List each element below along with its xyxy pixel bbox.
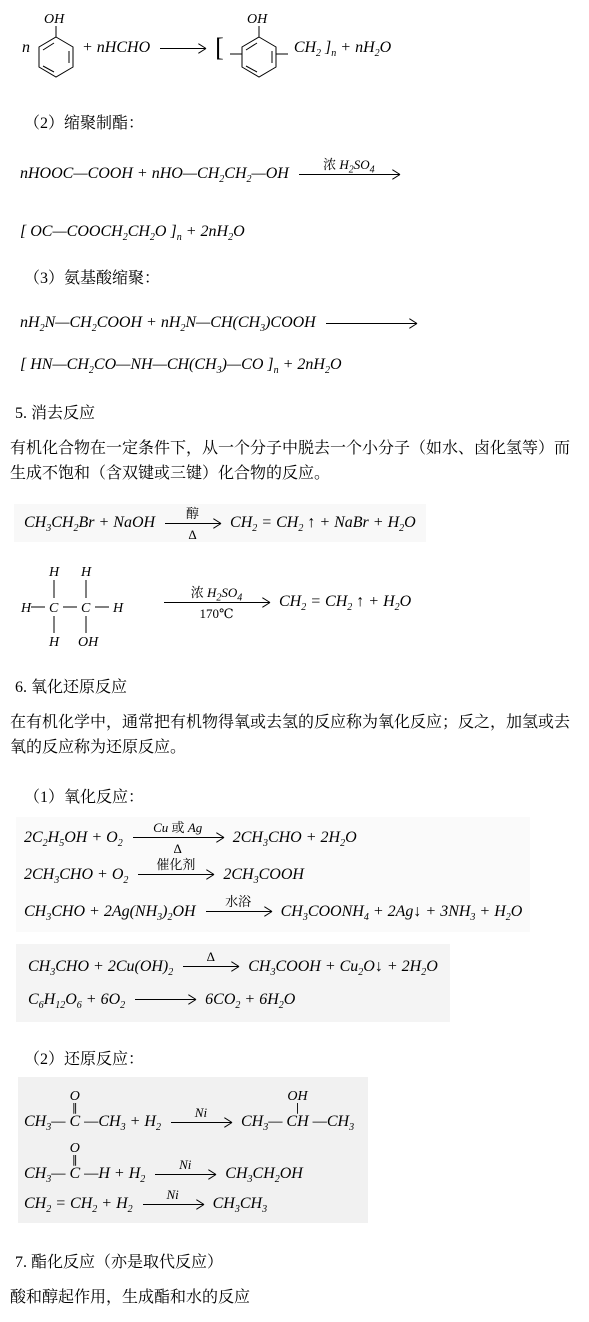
arrow-shaft: [206, 911, 271, 912]
equation-ethanol-dehydration: H C C H H H H OH 浓 H2SO4 170℃ CH2 = CH2 …: [18, 556, 581, 648]
arrow-label-alcohol: 醇: [186, 503, 199, 522]
reactant-nhcho: + nHCHO: [82, 39, 150, 57]
arrow-label-nickel: Ni: [195, 1105, 207, 1121]
equation-lhs: 2CH3CHO + O2: [24, 866, 128, 884]
arrow-label-nickel: Ni: [179, 1157, 191, 1173]
single-bond: |: [287, 1103, 307, 1113]
heading-elimination-reaction: 5. 消去反应: [15, 400, 581, 423]
equation-fragment: —H + H2: [84, 1165, 145, 1183]
equation-ethylene-hydrogenation: CH2 = CH2 + H2 Ni CH3CH3: [24, 1183, 354, 1213]
paragraph-redox-definition: 在有机化学中，通常把有机物得氧或去氢的反应称为氧化反应；反之，加氢或去氧的反应称…: [10, 710, 579, 760]
equation-diacid-diol: nHOOC—COOH + nHO—CH2CH2—OH 浓 H2SO4: [20, 153, 581, 195]
arrow-label-catalyst: 催化剂: [156, 854, 195, 873]
carbonyl-group: C O ‖: [69, 1165, 80, 1183]
arrow-label-condition: 浓 H2SO4: [191, 582, 243, 601]
equation-line: [ HN—CH2CO—NH—CH(CH3)—CO ]n + 2nH2O: [20, 356, 342, 374]
carbonyl-group: C O ‖: [69, 1113, 80, 1131]
document-page: n OH + nHCHO [ OH CH2 ]n + nH2O （2）缩聚制酯：…: [0, 0, 589, 1322]
carbon-label: C: [81, 601, 91, 616]
equation-rhs: 2CH3CHO + 2H2O: [233, 829, 357, 847]
equation-copper-hydroxide: CH3CHO + 2Cu(OH)2 Δ CH3COOH + Cu2O↓ + 2H…: [28, 950, 438, 983]
reaction-arrow: [326, 323, 416, 324]
arrow-shaft: [155, 1174, 215, 1175]
carbon-label: C: [69, 1113, 80, 1130]
hydroxyl-above: OH |: [287, 1091, 307, 1113]
equation-lhs: nHOOC—COOH + nHO—CH2CH2—OH: [20, 165, 289, 183]
hydroxyl-carbon-group: CH OH |: [286, 1113, 308, 1131]
equation-rhs: CH2 = CH2 ↑ + NaBr + H2O: [230, 514, 416, 532]
arrow-shaft: [326, 323, 416, 324]
arrow-label-water-bath: 水浴: [225, 891, 251, 910]
hydrogen-label: H: [48, 565, 60, 580]
hydroxyl-label: OH: [78, 635, 99, 648]
equation-amino-acids: nH2N—CH2COOH + nH2N—CH(CH3)COOH: [20, 314, 581, 332]
equation-fragment: CH3—: [241, 1113, 282, 1131]
reduction-equations-block: CH3— C O ‖ —CH3 + H2 Ni CH3— CH OH |: [18, 1077, 368, 1223]
equation-fragment: —CH3 + H2: [84, 1113, 161, 1131]
equation-line: [ OC—COOCH2CH2O ]n + 2nH2O: [20, 223, 245, 241]
heading-redox-reaction: 6. 氧化还原反应: [15, 674, 581, 697]
equation-rhs: CH2 = CH2 ↑ + H2O: [279, 593, 411, 611]
reaction-arrow: 浓 H2SO4: [299, 174, 399, 175]
equation-bromoethane-naoh: CH3CH2Br + NaOH 醇 Δ CH2 = CH2 ↑ + NaBr +…: [14, 504, 426, 542]
heading-reduction-reaction: （2）还原反应：: [24, 1046, 581, 1069]
phenol-ring-structure: OH: [34, 10, 78, 86]
polymer-open-bracket: [: [215, 35, 224, 61]
equation-fragment: CH3—: [24, 1165, 65, 1183]
equation-polypeptide-product: [ HN—CH2CO—NH—CH(CH3)—CO ]n + 2nH2O: [20, 356, 581, 374]
equation-acetaldehyde-oxidation: 2CH3CHO + O2 催化剂 2CH3COOH: [24, 856, 522, 893]
reaction-arrow: 催化剂: [138, 874, 213, 875]
carbon-label: C: [69, 1165, 80, 1182]
equation-lhs: CH3CHO + 2Ag(NH3)2OH: [24, 903, 196, 921]
coefficient-n: n: [22, 39, 30, 57]
equation-rhs: 2CH3COOH: [223, 866, 304, 884]
carbon-label: C: [49, 601, 59, 616]
reaction-arrow: 水浴: [206, 911, 271, 912]
hydrogen-label: H: [20, 601, 32, 616]
hydroxyl-label: OH: [44, 12, 65, 27]
ethanol-structure: H C C H H H H OH: [18, 556, 154, 648]
arrow-shaft: [160, 48, 205, 49]
reaction-arrow: [135, 999, 195, 1000]
arrow-shaft: [171, 1122, 231, 1123]
equation-ethanol-oxidation: 2C2H5OH + O2 Cu 或 Ag Δ 2CH3CHO + 2H2O: [24, 819, 522, 856]
carbonyl-oxygen: O ‖: [70, 1091, 80, 1113]
arrow-label-delta: Δ: [207, 949, 215, 965]
oxidation-equations-block-2: CH3CHO + 2Cu(OH)2 Δ CH3COOH + Cu2O↓ + 2H…: [16, 944, 450, 1022]
arrow-label-condition: 浓 H2SO4: [323, 154, 375, 173]
heading-oxidation-reaction: （1）氧化反应：: [24, 784, 581, 807]
equation-lhs: 2C2H5OH + O2: [24, 829, 123, 847]
paragraph-elimination-definition: 有机化合物在一定条件下，从一个分子中脱去一个小分子（如水、卤化氢等）而生成不饱和…: [10, 436, 579, 486]
equation-lhs: CH3CHO + 2Cu(OH)2: [28, 958, 173, 976]
reaction-arrow: 浓 H2SO4 170℃: [164, 602, 269, 603]
double-bond: ‖: [70, 1155, 80, 1165]
heading-condensation-ester: （2）缩聚制酯：: [24, 110, 581, 133]
reaction-arrow: Cu 或 Ag Δ: [133, 837, 223, 838]
arrow-shaft: [138, 874, 213, 875]
arrow-label-delta: Δ: [188, 527, 196, 543]
reaction-arrow: [160, 48, 205, 49]
phenol-repeat-unit-structure: OH: [228, 10, 290, 86]
product-tail: CH2 ]n + nH2O: [294, 39, 391, 57]
paragraph-esterification-definition: 酸和醇起作用，生成酯和水的反应: [10, 1285, 579, 1310]
arrow-shaft: [183, 966, 238, 967]
carbonyl-oxygen: O ‖: [70, 1143, 80, 1165]
hydroxyl-label: OH: [247, 12, 268, 27]
arrow-shaft: [135, 999, 195, 1000]
heading-amino-acid-condensation: （3）氨基酸缩聚：: [24, 265, 581, 288]
reaction-arrow: Ni: [143, 1204, 203, 1205]
arrow-label-catalyst: Cu 或 Ag: [153, 817, 202, 836]
arrow-label-temperature: 170℃: [199, 606, 233, 622]
equation-polyester-product: [ OC—COOCH2CH2O ]n + 2nH2O: [20, 223, 581, 241]
equation-lhs: CH3CH2Br + NaOH: [24, 514, 155, 532]
equation-fragment: CH3—: [24, 1113, 65, 1131]
hydrogen-label: H: [80, 565, 92, 580]
arrow-shaft: [165, 523, 220, 524]
arrow-shaft: [299, 174, 399, 175]
oxidation-equations-block: 2C2H5OH + O2 Cu 或 Ag Δ 2CH3CHO + 2H2O 2C…: [16, 817, 530, 932]
equation-rhs: CH3CH2OH: [225, 1165, 303, 1183]
arrow-shaft: [133, 837, 223, 838]
arrow-shaft: [164, 602, 269, 603]
equation-fragment: —CH3: [313, 1113, 354, 1131]
equation-rhs: 6CO2 + 6H2O: [205, 991, 295, 1009]
reaction-arrow: 醇 Δ: [165, 523, 220, 524]
double-bond: ‖: [70, 1103, 80, 1113]
equation-lhs: CH2 = CH2 + H2: [24, 1195, 133, 1213]
arrow-label-nickel: Ni: [166, 1187, 178, 1203]
arrow-shaft: [143, 1204, 203, 1205]
equation-aldehyde-hydrogenation: CH3— C O ‖ —H + H2 Ni CH3CH2OH: [24, 1131, 354, 1183]
equation-rhs: CH3COOH + Cu2O↓ + 2H2O: [248, 958, 438, 976]
equation-ketone-hydrogenation: CH3— C O ‖ —CH3 + H2 Ni CH3— CH OH |: [24, 1079, 354, 1131]
equation-rhs: CH3CH3: [213, 1195, 267, 1213]
reaction-arrow: Ni: [171, 1122, 231, 1123]
equation-glucose-combustion: C6H12O6 + 6O2 6CO2 + 6H2O: [28, 983, 438, 1016]
reaction-arrow: Δ: [183, 966, 238, 967]
reaction-arrow: Ni: [155, 1174, 215, 1175]
hydrogen-label: H: [48, 635, 60, 648]
equation-silver-mirror: CH3CHO + 2Ag(NH3)2OH 水浴 CH3COONH4 + 2Ag↓…: [24, 893, 522, 930]
heading-esterification-reaction: 7. 酯化反应（亦是取代反应）: [15, 1249, 581, 1272]
hydrogen-label: H: [112, 601, 124, 616]
ch-label: CH: [286, 1113, 308, 1130]
equation-lhs: nH2N—CH2COOH + nH2N—CH(CH3)COOH: [20, 314, 316, 332]
equation-rhs: CH3COONH4 + 2Ag↓ + 3NH3 + H2O: [281, 903, 523, 921]
equation-phenol-formaldehyde: n OH + nHCHO [ OH CH2 ]n + nH2O: [22, 10, 581, 86]
equation-lhs: C6H12O6 + 6O2: [28, 991, 125, 1009]
